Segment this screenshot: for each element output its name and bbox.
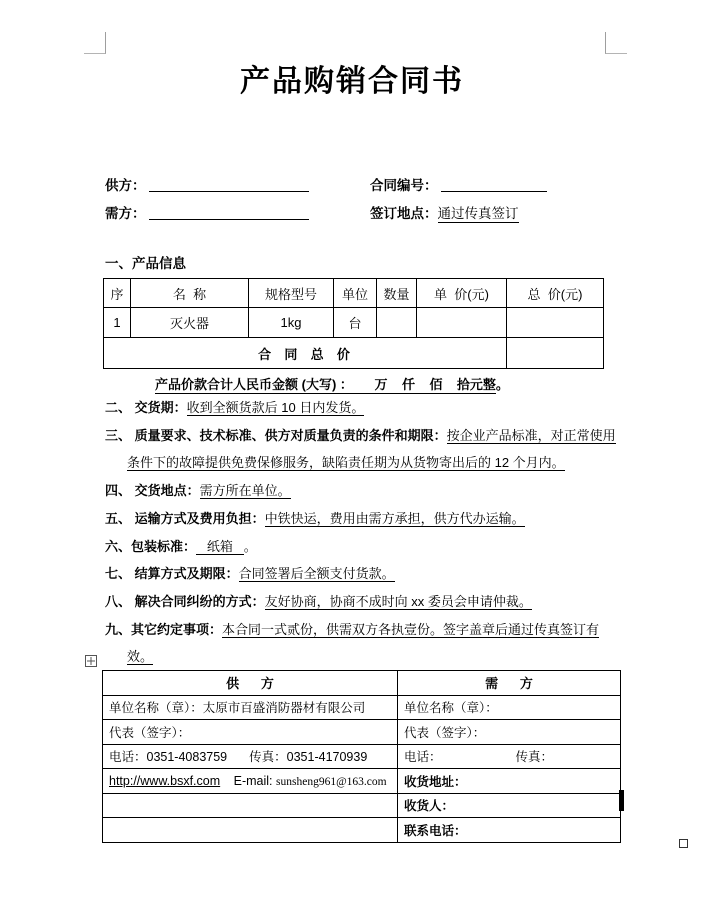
table-resize-handle[interactable] bbox=[679, 839, 688, 848]
buyer-fax: 传真： bbox=[516, 750, 554, 764]
contact-phone-label: 联系电话： bbox=[398, 818, 621, 843]
table-border-drag-handle[interactable] bbox=[619, 790, 624, 811]
sign-place-label: 签订地点： bbox=[370, 206, 438, 221]
col-header-seq: 序 bbox=[104, 279, 131, 308]
representative-row: 代表（签字）： 代表（签字）： bbox=[103, 720, 621, 745]
supplier-phone-fax: 电话：0351-4083759传真：0351-4170939 bbox=[103, 744, 398, 769]
page-title: 产品购销合同书 bbox=[0, 56, 704, 100]
supplier-representative: 代表（签字）： bbox=[103, 720, 398, 745]
supplier-column-header: 供 方 bbox=[103, 671, 398, 696]
col-header-total-price: 总 价(元) bbox=[507, 279, 604, 308]
clause-dispute-resolution: 八、 解决合同纠纷的方式：友好协商，协商不成时向 xx 委员会申请仲裁。 bbox=[105, 588, 619, 616]
contract-clauses: 二、 交货期：收到全额货款后 10 日内发货。 三、 质量要求、技术标准、供方对… bbox=[105, 394, 619, 671]
clause-delivery-time: 二、 交货期：收到全额货款后 10 日内发货。 bbox=[105, 394, 619, 422]
supplier-label: 供方： bbox=[105, 178, 146, 193]
signature-table: 供 方 需 方 单位名称（章）：太原市百盛消防器材有限公司 单位名称（章）： 代… bbox=[102, 670, 621, 843]
text-boundary-corner-right bbox=[605, 32, 627, 54]
supplier-fax: 传真：0351-4170939 bbox=[249, 750, 367, 764]
buyer-label: 需方： bbox=[105, 206, 146, 221]
amount-in-words-period: 。 bbox=[496, 377, 509, 392]
cell-total-price bbox=[507, 308, 604, 338]
col-header-spec: 规格型号 bbox=[249, 279, 334, 308]
website-row: http://www.bsxf.com E-mail: sunsheng961@… bbox=[103, 769, 621, 794]
amount-in-words-line: 产品价款合计人民币金额 (大写) ： 万 仟 佰 拾元整。 bbox=[155, 374, 509, 393]
section-heading-product-info: 一、产品信息 bbox=[105, 252, 186, 272]
sign-place-field: 签订地点：通过传真签订 bbox=[370, 202, 519, 224]
contract-total-value bbox=[507, 338, 604, 369]
cell-seq: 1 bbox=[104, 308, 131, 338]
col-header-name: 名 称 bbox=[131, 279, 249, 308]
contract-no-label: 合同编号： bbox=[370, 178, 438, 193]
contract-document-page: 产品购销合同书 供方： 合同编号： 需方： 签订地点：通过传真签订 一、产品信息… bbox=[0, 0, 704, 900]
contract-total-label: 合 同 总 价 bbox=[104, 338, 507, 369]
product-info-table: 序 名 称 规格型号 单位 数量 单 价(元) 总 价(元) 1 灭火器 1kg… bbox=[103, 278, 604, 369]
cell-unit: 台 bbox=[334, 308, 377, 338]
amount-in-words-text: 产品价款合计人民币金额 (大写) ： 万 仟 佰 拾元整 bbox=[155, 377, 496, 394]
clause-other-terms: 九、其它约定事项：本合同一式贰份，供需双方各执壹份。签字盖章后通过传真签订有效。 bbox=[105, 616, 619, 671]
contract-no-field: 合同编号： bbox=[370, 174, 547, 196]
cell-name: 灭火器 bbox=[131, 308, 249, 338]
receiver-row: 收货人： bbox=[103, 793, 621, 818]
cell-spec: 1kg bbox=[249, 308, 334, 338]
clause-transport: 五、 运输方式及费用负担：中铁快运，费用由需方承担，供方代办运输。 bbox=[105, 505, 619, 533]
delivery-address-label: 收货地址： bbox=[398, 769, 621, 794]
supplier-website-link[interactable]: http://www.bsxf.com bbox=[109, 774, 220, 788]
col-header-unit-price: 单 价(元) bbox=[417, 279, 507, 308]
receiver-label: 收货人： bbox=[398, 793, 621, 818]
col-header-qty: 数量 bbox=[377, 279, 417, 308]
cell-qty bbox=[377, 308, 417, 338]
supplier-empty-cell-1 bbox=[103, 793, 398, 818]
cell-unit-price bbox=[417, 308, 507, 338]
clause-packaging: 六、包装标准： 纸箱 。 bbox=[105, 533, 619, 561]
table-move-handle-icon[interactable] bbox=[85, 654, 97, 666]
contact-phone-row: 联系电话： bbox=[103, 818, 621, 843]
clause-quality-requirements: 三、 质量要求、技术标准、供方对质量负责的条件和期限：按企业产品标准，对正常使用… bbox=[105, 422, 619, 477]
supplier-field: 供方： bbox=[105, 174, 309, 196]
buyer-unit-name: 单位名称（章）： bbox=[398, 695, 621, 720]
supplier-web-email: http://www.bsxf.com E-mail: sunsheng961@… bbox=[103, 769, 398, 794]
col-header-unit: 单位 bbox=[334, 279, 377, 308]
supplier-phone: 电话：0351-4083759 bbox=[109, 750, 227, 764]
buyer-field: 需方： bbox=[105, 202, 309, 224]
email-label: E-mail: bbox=[234, 774, 273, 788]
clause-delivery-place: 四、 交货地点：需方所在单位。 bbox=[105, 477, 619, 505]
unit-name-row: 单位名称（章）：太原市百盛消防器材有限公司 单位名称（章）： bbox=[103, 695, 621, 720]
supplier-unit-name: 单位名称（章）：太原市百盛消防器材有限公司 bbox=[103, 695, 398, 720]
supplier-email: sunsheng961@163.com bbox=[276, 776, 387, 788]
product-table-header-row: 序 名 称 规格型号 单位 数量 单 价(元) 总 价(元) bbox=[104, 279, 604, 308]
clause-settlement: 七、 结算方式及期限：合同签署后全额支付货款。 bbox=[105, 560, 619, 588]
buyer-column-header: 需 方 bbox=[398, 671, 621, 696]
text-boundary-corner-left bbox=[84, 32, 106, 54]
sign-place-value: 通过传真签订 bbox=[438, 206, 519, 223]
product-table-total-row: 合 同 总 价 bbox=[104, 338, 604, 369]
product-table-data-row: 1 灭火器 1kg 台 bbox=[104, 308, 604, 338]
buyer-phone: 电话： bbox=[404, 750, 442, 764]
phone-fax-row: 电话：0351-4083759传真：0351-4170939 电话：传真： bbox=[103, 744, 621, 769]
signature-header-row: 供 方 需 方 bbox=[103, 671, 621, 696]
contract-no-blank-line bbox=[441, 177, 547, 192]
supplier-empty-cell-2 bbox=[103, 818, 398, 843]
buyer-phone-fax: 电话：传真： bbox=[398, 744, 621, 769]
buyer-blank-line bbox=[149, 205, 309, 220]
supplier-blank-line bbox=[149, 177, 309, 192]
buyer-representative: 代表（签字）： bbox=[398, 720, 621, 745]
